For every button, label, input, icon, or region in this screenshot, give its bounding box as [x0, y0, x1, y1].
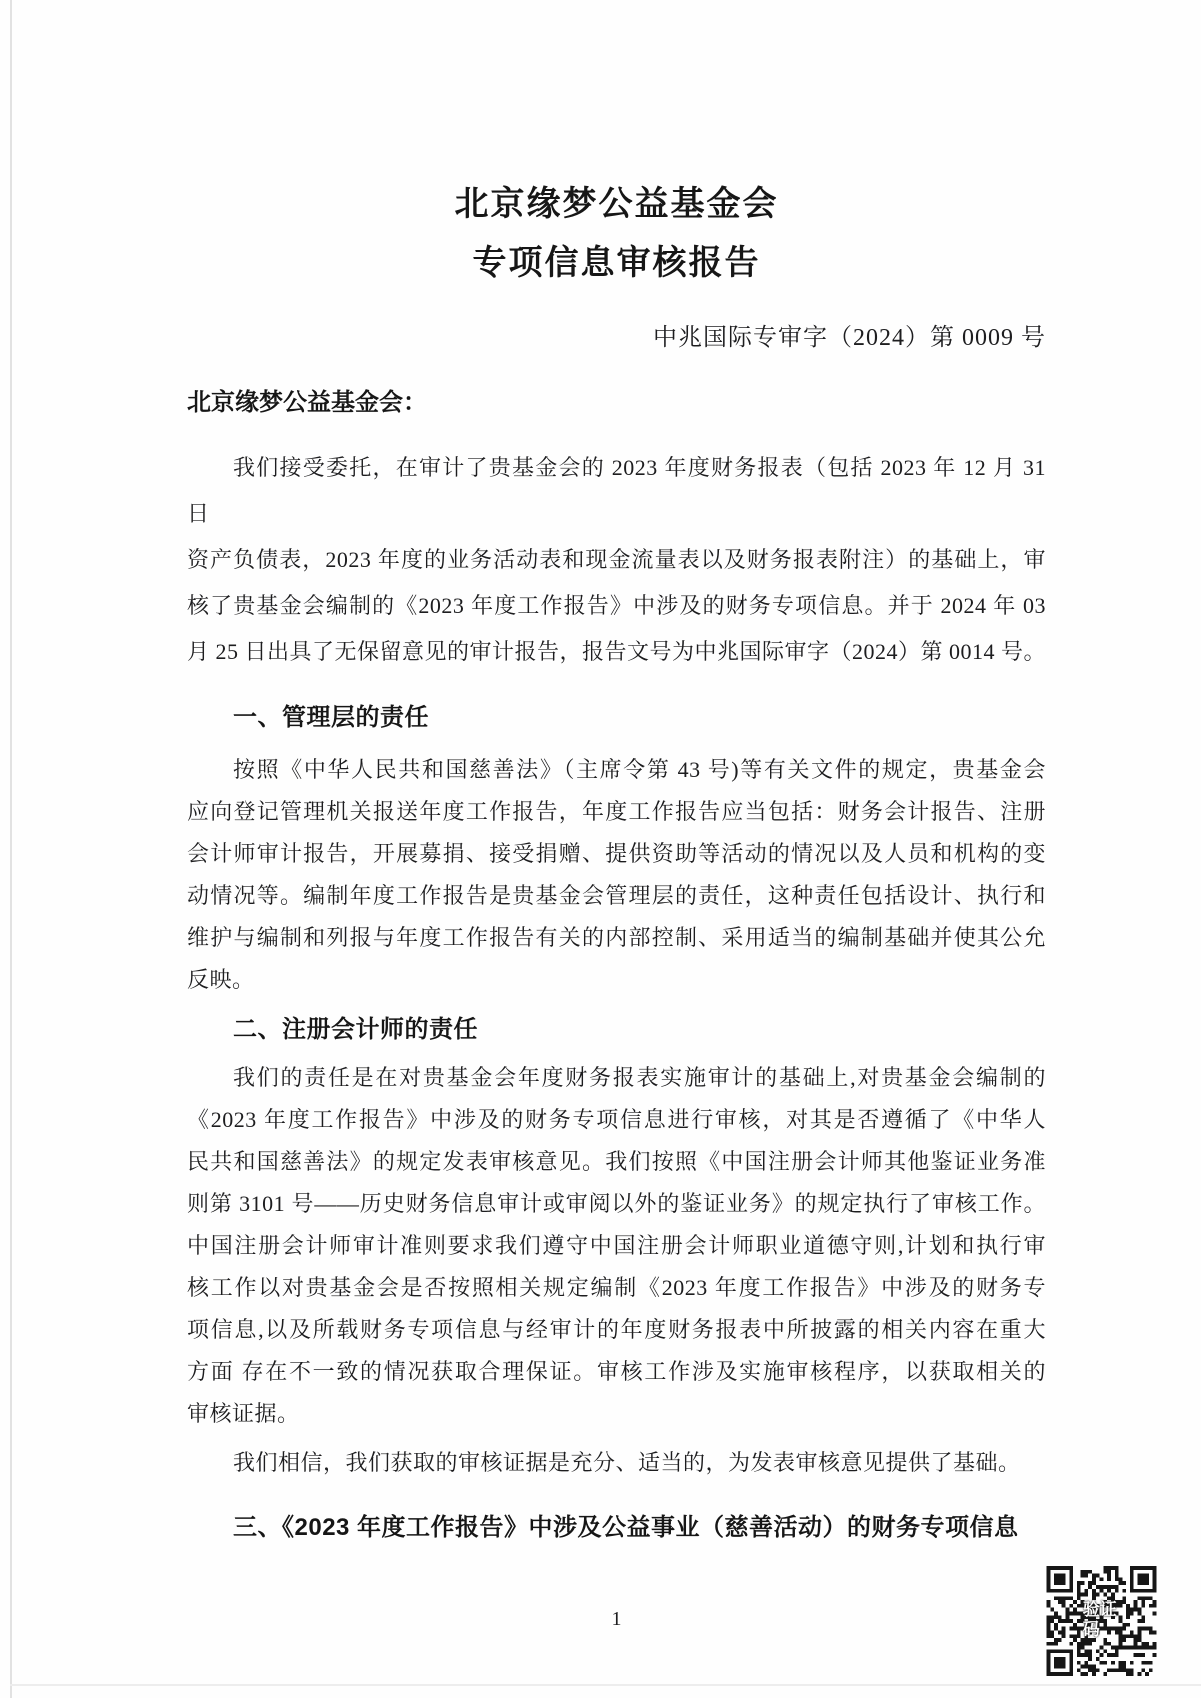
section-three-heading: 三、《2023 年度工作报告》中涉及公益事业（慈善活动）的财务专项信息: [187, 1509, 1046, 1547]
report-title: 北京缘梦公益基金会: [187, 183, 1046, 225]
document-page: 北京缘梦公益基金会 专项信息审核报告 中兆国际专审字（2024）第 0009 号…: [0, 0, 1201, 1698]
paragraph-line: 会计师审计报告，开展募捐、接受捐赠、提供资助等活动的情况以及人员和机构的变: [187, 833, 1046, 875]
paragraph-line: 则第 3101 号——历史财务信息审计或审阅以外的鉴证业务》的规定执行了审核工作…: [187, 1183, 1046, 1225]
paragraph-line: 核了贵基金会编制的《2023 年度工作报告》中涉及的财务专项信息。并于 2024…: [187, 583, 1046, 629]
paragraph-line: 维护与编制和列报与年度工作报告有关的内部控制、采用适当的编制基础并使其公允: [187, 917, 1046, 959]
paragraph-line: 动情况等。编制年度工作报告是贵基金会管理层的责任，这种责任包括设计、执行和: [187, 875, 1046, 917]
section-two-heading: 二、注册会计师的责任: [187, 1011, 1046, 1049]
paragraph-line: 按照《中华人民共和国慈善法》（主席令第 43 号)等有关文件的规定，贵基金会: [187, 749, 1046, 791]
paragraph-line: 《2023 年度工作报告》中涉及的财务专项信息进行审核，对其是否遵循了《中华人: [187, 1099, 1046, 1141]
scan-edge-left: [10, 0, 12, 1698]
salutation: 北京缘梦公益基金会：: [187, 385, 1046, 421]
paragraph-line: 民共和国慈善法》的规定发表审核意见。我们按照《中国注册会计师其他鉴证业务准: [187, 1141, 1046, 1183]
paragraph-line: 我们的责任是在对贵基金会年度财务报表实施审计的基础上,对贵基金会编制的: [187, 1057, 1046, 1099]
intro-paragraph: 我们接受委托，在审计了贵基金会的 2023 年度财务报表（包括 2023 年 1…: [187, 445, 1046, 675]
paragraph-line: 项信息,以及所载财务专项信息与经审计的年度财务报表中所披露的相关内容在重大: [187, 1309, 1046, 1351]
doc-number: 中兆国际专审字（2024）第 0009 号: [187, 320, 1046, 356]
qr-code: 验证码: [1046, 1566, 1157, 1676]
qr-verification-label: 验证码: [1083, 1600, 1120, 1641]
paragraph-line: 资产负债表，2023 年度的业务活动表和现金流量表以及财务报表附注）的基础上，审: [187, 537, 1046, 583]
paragraph-line: 核工作以对贵基金会是否按照相关规定编制《2023 年度工作报告》中涉及的财务专: [187, 1267, 1046, 1309]
paragraph-line: 方面 存在不一致的情况获取合理保证。审核工作涉及实施审核程序，以获取相关的: [187, 1351, 1046, 1393]
section-two-paragraph-2: 我们相信，我们获取的审核证据是充分、适当的，为发表审核意见提供了基础。: [187, 1442, 1046, 1484]
section-one-paragraph: 按照《中华人民共和国慈善法》（主席令第 43 号)等有关文件的规定，贵基金会 应…: [187, 749, 1046, 1001]
paragraph-line: 我们接受委托，在审计了贵基金会的 2023 年度财务报表（包括 2023 年 1…: [187, 445, 1046, 537]
section-two-paragraph-1: 我们的责任是在对贵基金会年度财务报表实施审计的基础上,对贵基金会编制的 《202…: [187, 1057, 1046, 1435]
report-subtitle: 专项信息审核报告: [187, 242, 1046, 284]
paragraph-line: 应向登记管理机关报送年度工作报告，年度工作报告应当包括：财务会计报告、注册: [187, 791, 1046, 833]
paragraph-line: 审核证据。: [187, 1393, 1046, 1435]
scan-edge-bottom: [10, 1684, 1201, 1686]
paragraph-line: 中国注册会计师审计准则要求我们遵守中国注册会计师职业道德守则,计划和执行审: [187, 1225, 1046, 1267]
paragraph-line: 反映。: [187, 959, 1046, 1001]
section-one-heading: 一、管理层的责任: [187, 699, 1046, 737]
page-number: 1: [187, 1605, 1046, 1633]
paragraph-line: 月 25 日出具了无保留意见的审计报告，报告文号为中兆国际审字（2024）第 0…: [187, 629, 1046, 675]
document-content: 北京缘梦公益基金会 专项信息审核报告 中兆国际专审字（2024）第 0009 号…: [187, 0, 1046, 1633]
